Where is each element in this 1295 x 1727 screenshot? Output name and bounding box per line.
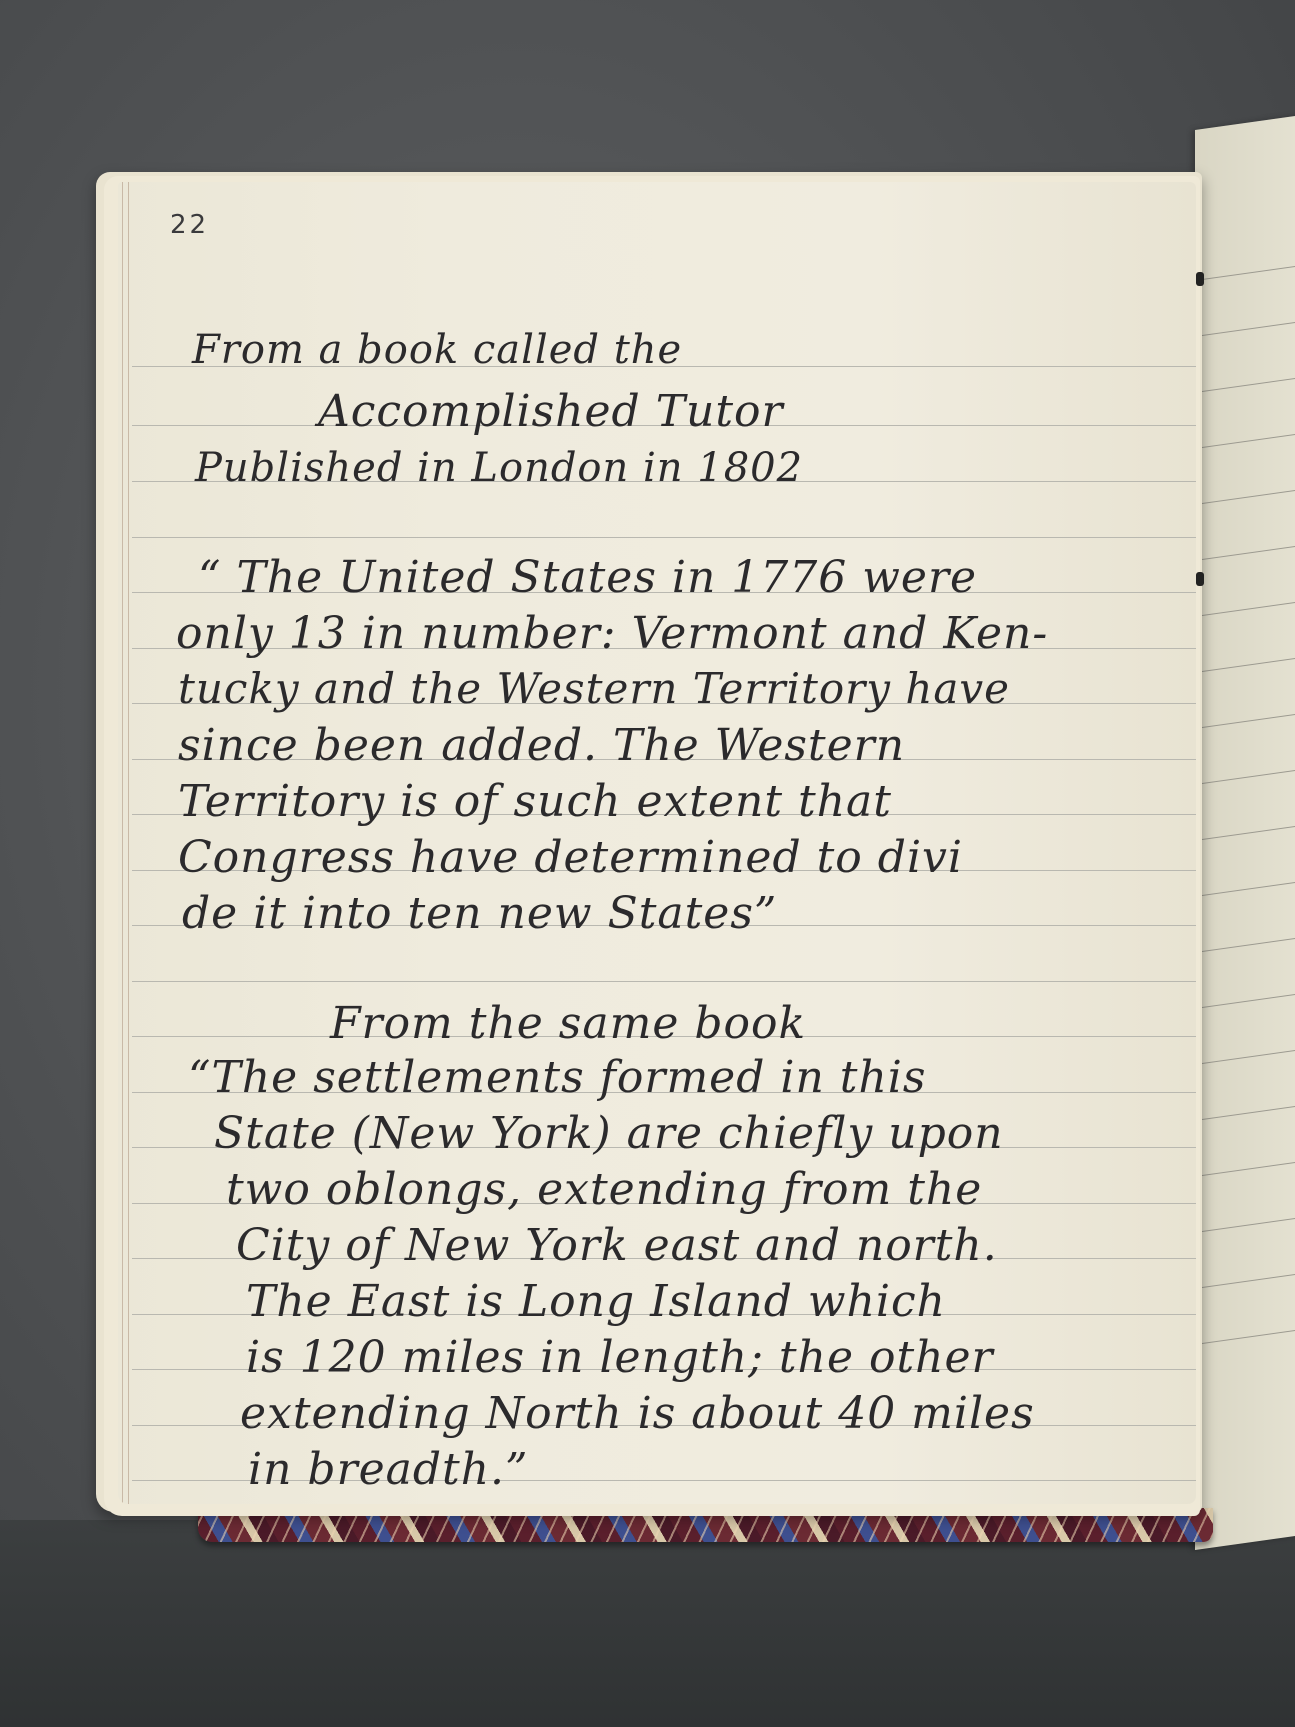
quote-2-line: extending North is about 40 miles (240, 1392, 1035, 1436)
ruled-line (1195, 263, 1295, 281)
ruled-line (1195, 823, 1295, 841)
page-number: 22 (170, 210, 209, 240)
binding-thread-hole (1196, 572, 1204, 586)
quote-1-line: only 13 in number: Vermont and Ken- (176, 612, 1048, 656)
ruled-line (1195, 1271, 1295, 1289)
quote-2-line: is 120 miles in length; the other (246, 1336, 994, 1380)
quote-1-line: Territory is of such extent that (178, 780, 892, 824)
ruled-line (1195, 375, 1295, 393)
quote-2-line: The East is Long Island which (246, 1280, 946, 1324)
quote-2-line: two oblongs, extending from the (226, 1168, 982, 1212)
quote-1-line: “ The United States in 1776 were (198, 556, 977, 600)
ruled-line (1195, 319, 1295, 337)
ruled-line (1195, 1159, 1295, 1177)
quote-2-line: “The settlements formed in this (188, 1056, 926, 1100)
quote-1-line: since been added. The Western (178, 724, 905, 768)
heading-book-title: Accomplished Tutor (318, 390, 784, 434)
ruled-line (1195, 543, 1295, 561)
binding-thread-hole (1196, 272, 1204, 286)
quote-2-line: City of New York east and north. (236, 1224, 998, 1268)
quote-1-line: Congress have determined to divi (178, 836, 963, 880)
ruled-line (1195, 879, 1295, 897)
margin-rule (122, 182, 123, 1504)
heading-line-1: From a book called the (192, 330, 682, 370)
quote-2-intro: From the same book (330, 1002, 806, 1046)
ruled-line (1195, 1215, 1295, 1233)
ruled-line (1195, 711, 1295, 729)
margin-rule (128, 182, 129, 1504)
ruled-line (1195, 991, 1295, 1009)
heading-line-3: Published in London in 1802 (195, 448, 803, 488)
facing-page (1195, 113, 1295, 1550)
ruled-line (1195, 1103, 1295, 1121)
ruled-line (132, 981, 1196, 982)
ruled-line (1195, 655, 1295, 673)
ruled-line (1195, 487, 1295, 505)
ruled-line (1195, 599, 1295, 617)
quote-1-line: tucky and the Western Territory have (178, 668, 1010, 710)
quote-2-line: in breadth.” (248, 1448, 529, 1492)
ruled-line (1195, 935, 1295, 953)
ruled-line (1195, 431, 1295, 449)
quote-2-line: State (New York) are chiefly upon (214, 1112, 1004, 1156)
quote-1-line: de it into ten new States” (182, 892, 777, 936)
felt-background (0, 1520, 1295, 1727)
ruled-line (132, 537, 1196, 538)
ruled-line (1195, 1047, 1295, 1065)
ruled-line (1195, 1327, 1295, 1345)
ruled-line (1195, 767, 1295, 785)
